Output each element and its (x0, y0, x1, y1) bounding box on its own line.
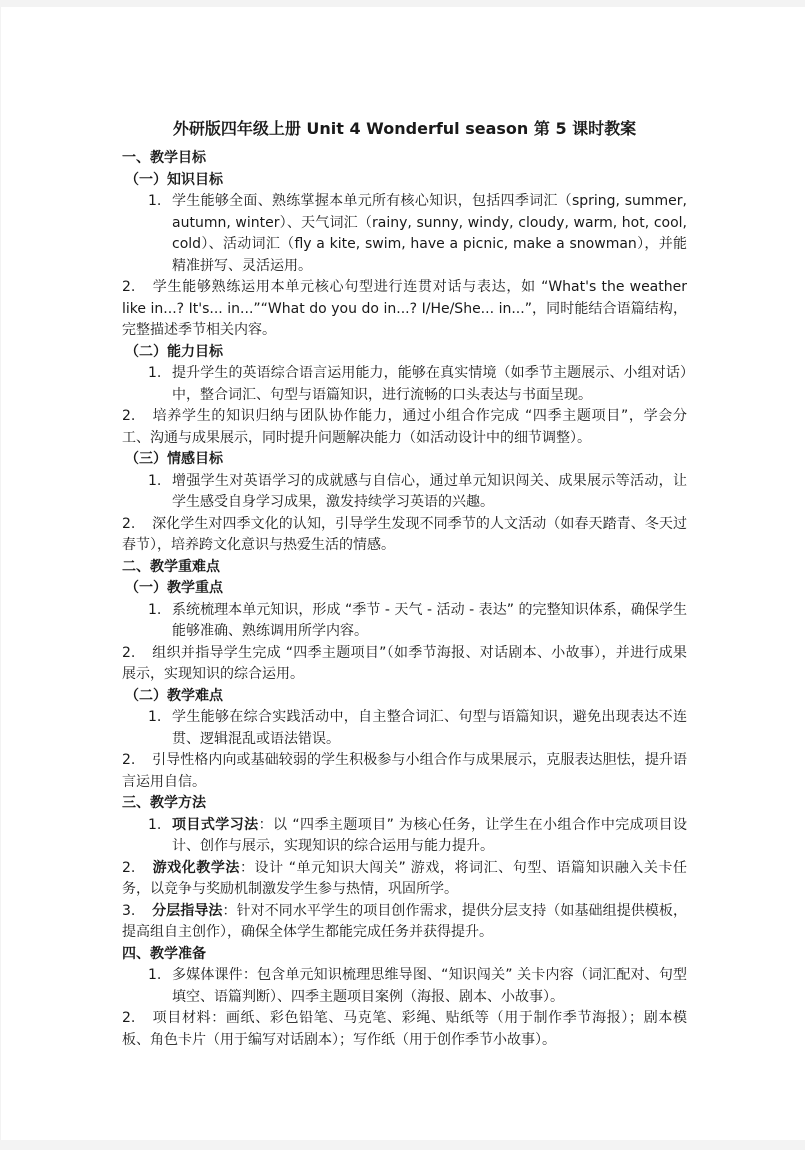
subsection-heading-focus: （一）教学重点 (122, 578, 687, 600)
section-heading-preparation: 四、教学准备 (122, 944, 687, 966)
list-item: 2.培养学生的知识归纳与团队协作能力，通过小组合作完成 “四季主题项目”，学会分… (122, 406, 687, 449)
list-number: 2. (122, 514, 152, 536)
document-content: 外研版四年级上册 Unit 4 Wonderful season 第 5 课时教… (122, 117, 687, 1051)
section-heading-objectives: 一、教学目标 (122, 148, 687, 170)
list-item: 2.游戏化教学法：设计 “单元知识大闯关” 游戏，将词汇、句型、语篇知识融入关卡… (122, 858, 687, 901)
list-text: 引导性格内向或基础较弱的学生积极参与小组合作与成果展示，克服表达胆怯，提升语言运… (122, 752, 687, 790)
list-text: 培养学生的知识归纳与团队协作能力，通过小组合作完成 “四季主题项目”，学会分工、… (122, 408, 687, 446)
list-text: 提升学生的英语综合语言运用能力，能够在真实情境（如季节主题展示、小组对话）中，整… (172, 365, 687, 403)
subsection-heading-difficulty: （二）教学难点 (122, 686, 687, 708)
method-label: 分层指导法 (152, 903, 222, 919)
list-item: 1. 提升学生的英语综合语言运用能力，能够在真实情境（如季节主题展示、小组对话）… (122, 363, 687, 406)
list-number: 2. (122, 277, 152, 299)
section-heading-key-points: 二、教学重难点 (122, 557, 687, 579)
list-text: 学生能够熟练运用本单元核心句型进行连贯对话与表达，如 “What's the w… (122, 279, 687, 338)
subsection-heading-emotion: （三）情感目标 (122, 449, 687, 471)
list-number: 1. (148, 600, 161, 622)
list-item: 1. 系统梳理本单元知识，形成 “季节 - 天气 - 活动 - 表达” 的完整知… (122, 600, 687, 643)
list-item: 1. 增强学生对英语学习的成就感与自信心，通过单元知识闯关、成果展示等活动，让学… (122, 471, 687, 514)
document-title: 外研版四年级上册 Unit 4 Wonderful season 第 5 课时教… (122, 117, 687, 141)
list-text: 系统梳理本单元知识，形成 “季节 - 天气 - 活动 - 表达” 的完整知识体系… (172, 602, 687, 640)
document-page: 外研版四年级上册 Unit 4 Wonderful season 第 5 课时教… (1, 7, 805, 1140)
list-text: 项目材料：画纸、彩色铅笔、马克笔、彩绳、贴纸等（用于制作季节海报）；剧本模板、角… (122, 1010, 687, 1048)
list-item: 2.引导性格内向或基础较弱的学生积极参与小组合作与成果展示，克服表达胆怯，提升语… (122, 750, 687, 793)
list-number: 1. (148, 471, 161, 493)
list-number: 3. (122, 901, 152, 923)
list-number: 1. (148, 965, 161, 987)
list-item: 2.组织并指导学生完成 “四季主题项目”（如季节海报、对话剧本、小故事），并进行… (122, 643, 687, 686)
method-label: 游戏化教学法 (152, 860, 240, 876)
list-number: 1. (148, 707, 161, 729)
list-text: 深化学生对四季文化的认知，引导学生发现不同季节的人文活动（如春天踏青、冬天过春节… (122, 516, 687, 554)
list-item: 3.分层指导法：针对不同水平学生的项目创作需求，提供分层支持（如基础组提供模板，… (122, 901, 687, 944)
list-number: 1. (148, 815, 161, 837)
list-text: 多媒体课件：包含单元知识梳理思维导图、“知识闯关” 关卡内容（词汇配对、句型填空… (172, 967, 687, 1005)
list-number: 2. (122, 858, 152, 880)
list-number: 2. (122, 1008, 152, 1030)
list-number: 2. (122, 643, 152, 665)
list-number: 2. (122, 406, 152, 428)
list-text: 学生能够在综合实践活动中，自主整合词汇、句型与语篇知识，避免出现表达不连贯、逻辑… (172, 709, 687, 747)
list-item: 1. 学生能够在综合实践活动中，自主整合词汇、句型与语篇知识，避免出现表达不连贯… (122, 707, 687, 750)
list-item: 1. 多媒体课件：包含单元知识梳理思维导图、“知识闯关” 关卡内容（词汇配对、句… (122, 965, 687, 1008)
list-number: 1. (148, 191, 161, 213)
list-number: 2. (122, 750, 152, 772)
list-item: 2.深化学生对四季文化的认知，引导学生发现不同季节的人文活动（如春天踏青、冬天过… (122, 514, 687, 557)
list-number: 1. (148, 363, 161, 385)
list-item: 2.学生能够熟练运用本单元核心句型进行连贯对话与表达，如 “What's the… (122, 277, 687, 342)
list-text: 组织并指导学生完成 “四季主题项目”（如季节海报、对话剧本、小故事），并进行成果… (122, 645, 687, 683)
method-label: 项目式学习法 (172, 817, 259, 833)
list-text: 增强学生对英语学习的成就感与自信心，通过单元知识闯关、成果展示等活动，让学生感受… (172, 473, 687, 511)
list-item: 1. 项目式学习法：以 “四季主题项目” 为核心任务，让学生在小组合作中完成项目… (122, 815, 687, 858)
list-item: 2.项目材料：画纸、彩色铅笔、马克笔、彩绳、贴纸等（用于制作季节海报）；剧本模板… (122, 1008, 687, 1051)
list-text: 学生能够全面、熟练掌握本单元所有核心知识，包括四季词汇（spring, summ… (172, 193, 687, 274)
subsection-heading-ability: （二）能力目标 (122, 342, 687, 364)
list-item: 1. 学生能够全面、熟练掌握本单元所有核心知识，包括四季词汇（spring, s… (122, 191, 687, 277)
section-heading-methods: 三、教学方法 (122, 793, 687, 815)
subsection-heading-knowledge: （一）知识目标 (122, 170, 687, 192)
